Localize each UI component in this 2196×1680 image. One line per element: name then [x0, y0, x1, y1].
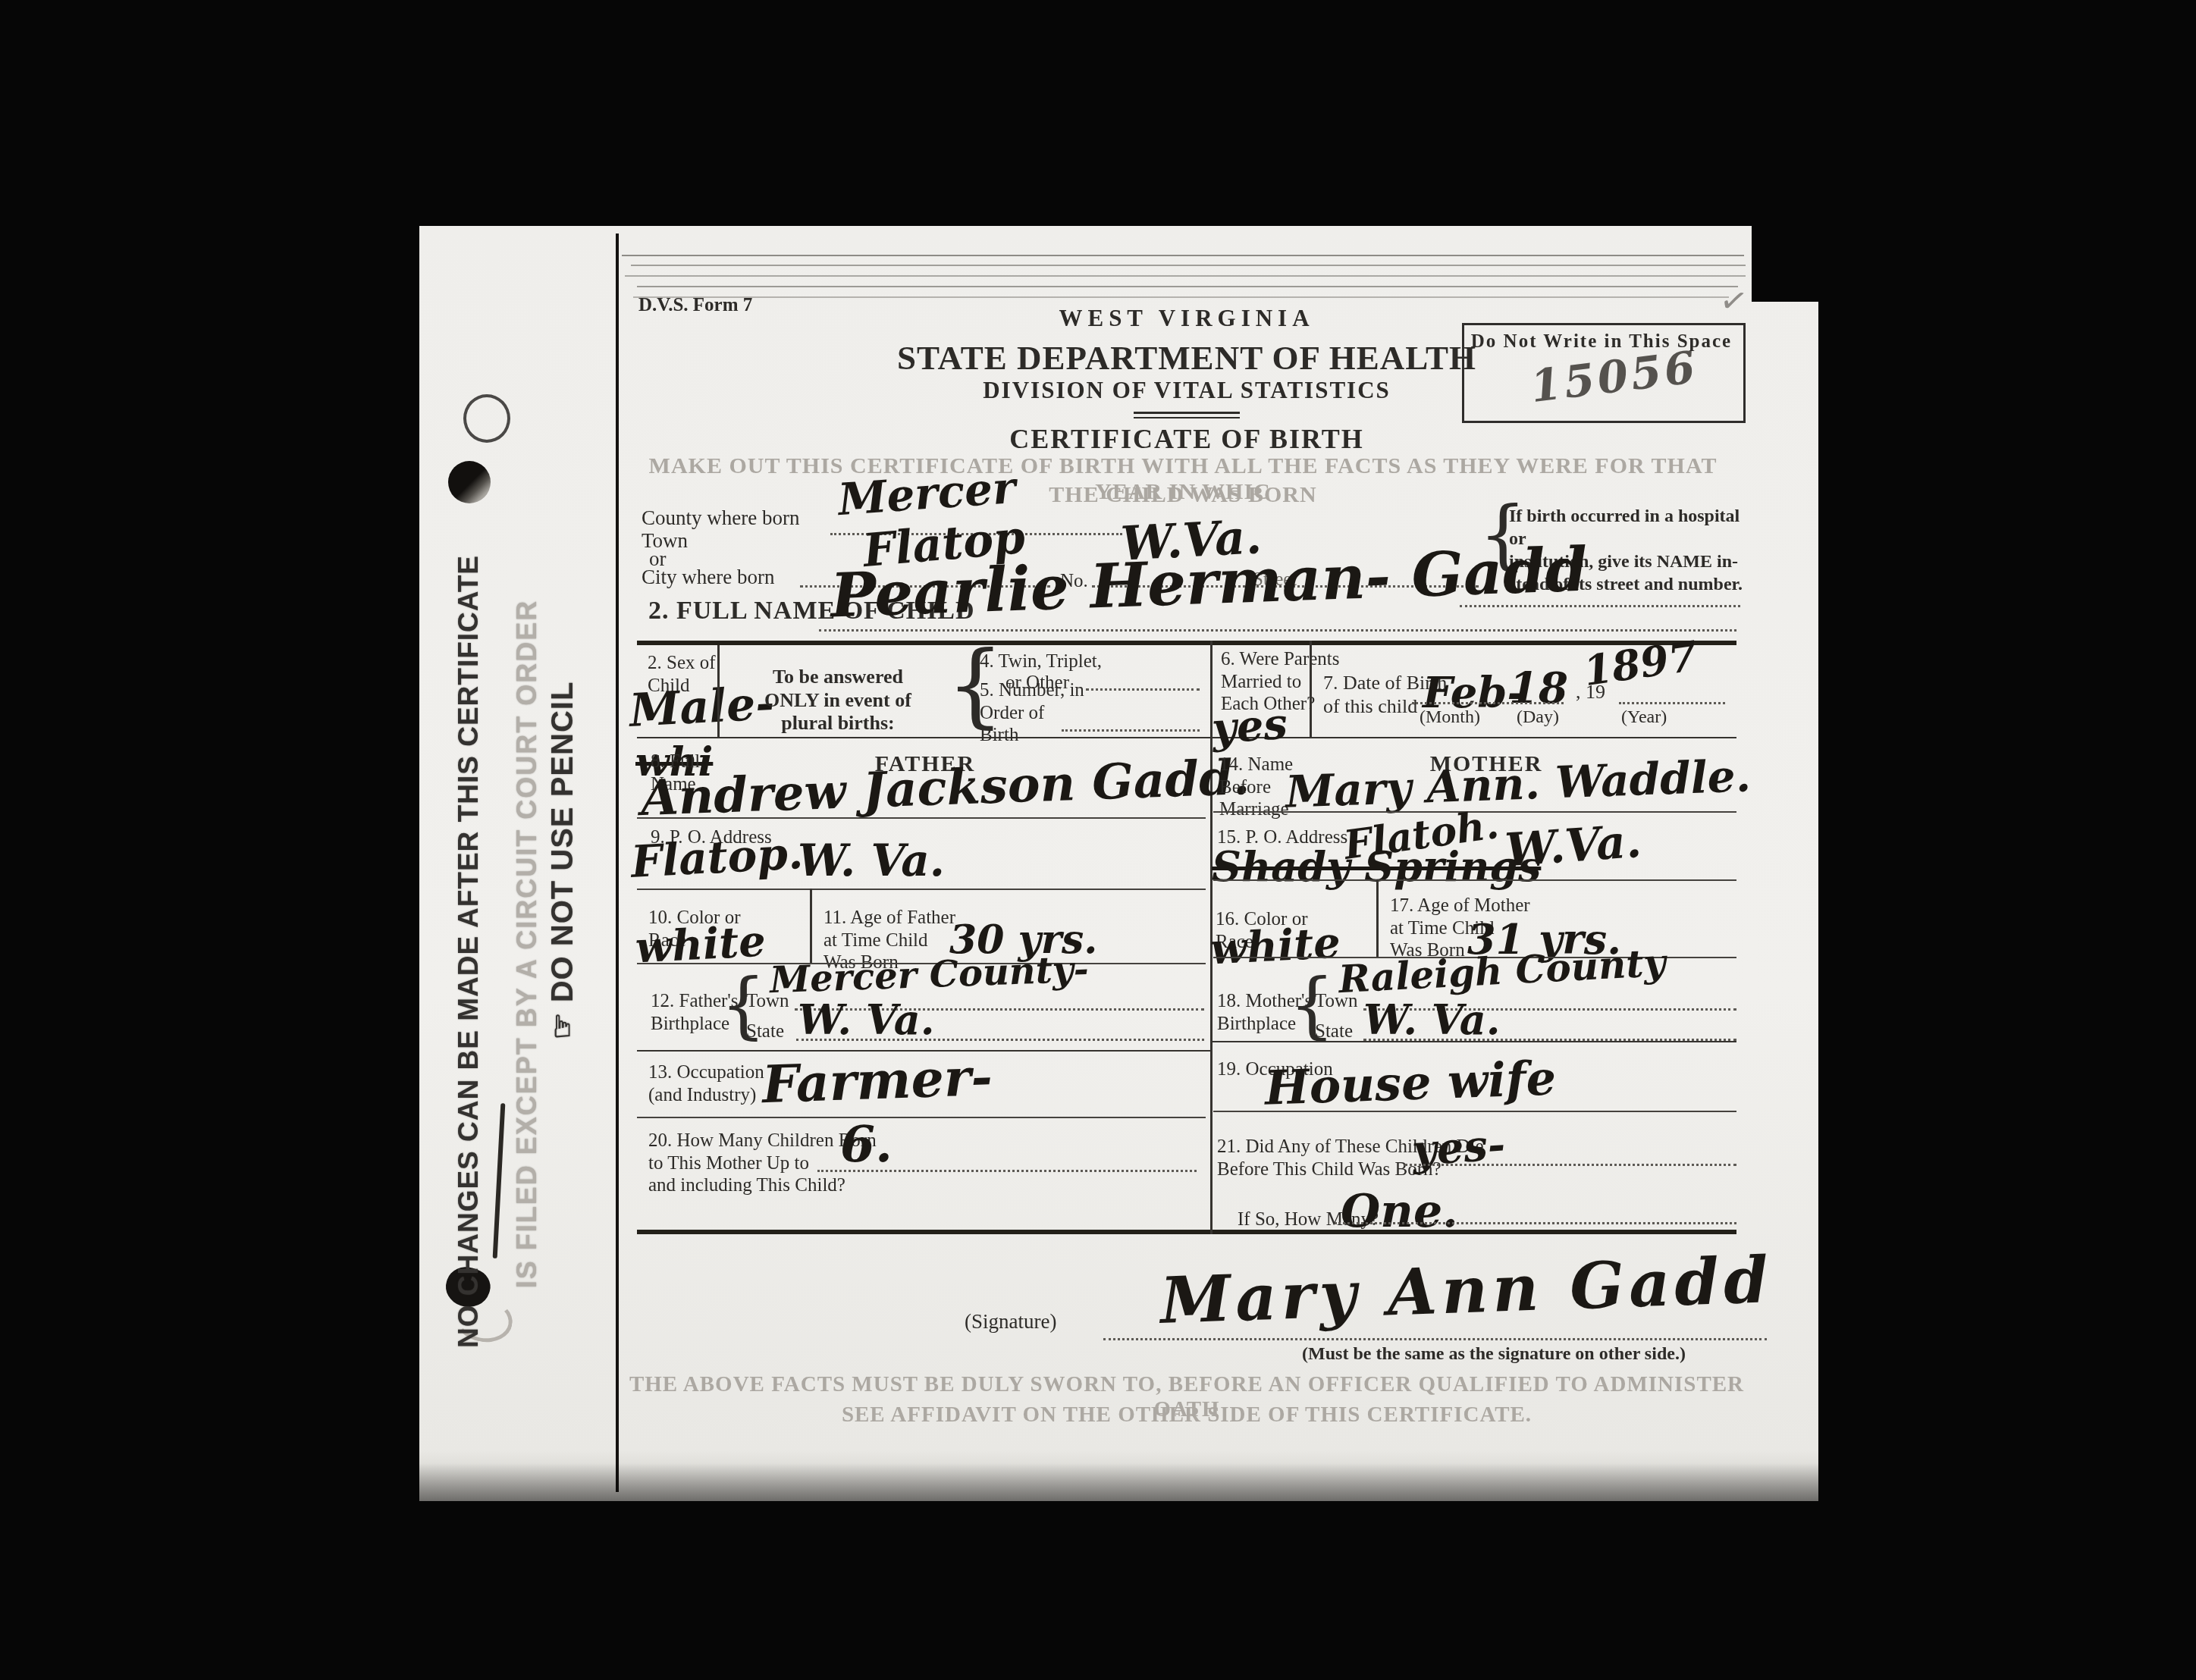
table-top-border	[637, 641, 1736, 645]
mother-birthplace-state-label: State	[1315, 1020, 1353, 1043]
father-po-town: Flatop.	[630, 831, 805, 884]
header-divider	[1134, 412, 1240, 418]
mother-birthplace-separator	[1213, 1041, 1736, 1042]
page-edge-line	[631, 265, 1746, 266]
mother-birthplace-state-value: W. Va.	[1363, 999, 1501, 1040]
signature-line	[1103, 1338, 1767, 1340]
month-caption: (Month)	[1420, 707, 1480, 728]
father-birthplace-state-value: W. Va.	[798, 999, 935, 1040]
number-line	[1062, 729, 1200, 732]
father-po-line	[637, 889, 1206, 890]
dob-year-prefix: , 19	[1576, 681, 1605, 704]
spine-fold-line	[616, 234, 619, 1492]
father-race-age-divider	[810, 889, 812, 963]
city-label: City where born	[642, 566, 774, 590]
father-name-line	[637, 817, 1206, 819]
margin-stamp-no-pencil: ☞ DO NOT USE PENCIL	[545, 682, 580, 1040]
mother-race-age-divider	[1376, 879, 1379, 957]
married-dob-divider	[1310, 641, 1312, 738]
father-po-state: W. Va.	[798, 838, 945, 882]
margin-stamp-is-filed: IS FILED EXCEPT BY A CIRCUIT COURT ORDER	[511, 600, 543, 1289]
child-deaths-line	[1404, 1164, 1736, 1166]
page-edge-line	[622, 255, 1744, 256]
margin-stamp-no-changes: NO CHANGES CAN BE MADE AFTER THIS CERTIF…	[453, 555, 485, 1348]
children-count-value: 6.	[840, 1119, 893, 1169]
father-occupation-line	[637, 1117, 1206, 1118]
father-occupation-label: 13. Occupation (and Industry)	[648, 1061, 764, 1106]
year-caption: (Year)	[1621, 707, 1667, 728]
paper-top-right-notch	[1752, 226, 1820, 302]
footer-stamp-line2: SEE AFFIDAVIT ON THE OTHER SIDE OF THIS …	[614, 1403, 1759, 1428]
dob-line	[1412, 702, 1564, 704]
mother-po-state: W.Va.	[1504, 819, 1642, 873]
dob-year-line	[1619, 702, 1725, 704]
page-edge-line	[637, 286, 1738, 287]
how-many-line	[1335, 1222, 1736, 1224]
full-name-line	[819, 629, 1736, 632]
children-count-line	[817, 1170, 1197, 1172]
father-birthplace-town-value: Mercer County-	[769, 951, 1089, 999]
father-birthplace-state-label: State	[746, 1020, 784, 1043]
do-not-write-label: Do Not Write in This Space	[1462, 331, 1741, 353]
hole-punch-filled	[448, 461, 491, 503]
mother-po-line	[1213, 879, 1736, 881]
signature-label: (Signature)	[965, 1310, 1056, 1334]
signature-note: (Must be the same as the signature on ot…	[1228, 1343, 1759, 1365]
county-label: County where born	[642, 506, 799, 531]
day-caption: (Day)	[1517, 707, 1559, 728]
row1-separator	[637, 737, 1736, 738]
certificate-title: CERTIFICATE OF BIRTH	[637, 423, 1736, 455]
twin-label: 4. Twin, Triplet,	[980, 650, 1102, 673]
paper-bottom-shadow	[419, 1463, 1818, 1501]
mother-occupation-value: House wife	[1264, 1055, 1557, 1111]
father-birthplace-state-line	[796, 1039, 1204, 1041]
sex-plural-divider	[717, 645, 720, 737]
twin-line	[1086, 688, 1200, 691]
scanned-birth-certificate: NO CHANGES CAN BE MADE AFTER THIS CERTIF…	[0, 0, 2196, 1680]
how-many-value: One.	[1341, 1189, 1458, 1234]
number-label: 5. Number, in Order of Birth	[980, 679, 1084, 747]
plural-note: To be answered ONLY in event of plural b…	[739, 666, 936, 735]
mother-occupation-line	[1213, 1111, 1736, 1112]
page-edge-line	[625, 275, 1746, 277]
married-value: yes	[1210, 703, 1288, 751]
father-race-value: white	[635, 920, 767, 970]
table-bottom-border	[637, 1230, 1736, 1234]
hole-punch-ring	[463, 394, 510, 443]
page-edge-line	[633, 296, 1729, 298]
father-occupation-value: Farmer-	[761, 1052, 993, 1111]
stamp-instruction-line2: THE CHILD WAS BORN	[618, 482, 1748, 508]
